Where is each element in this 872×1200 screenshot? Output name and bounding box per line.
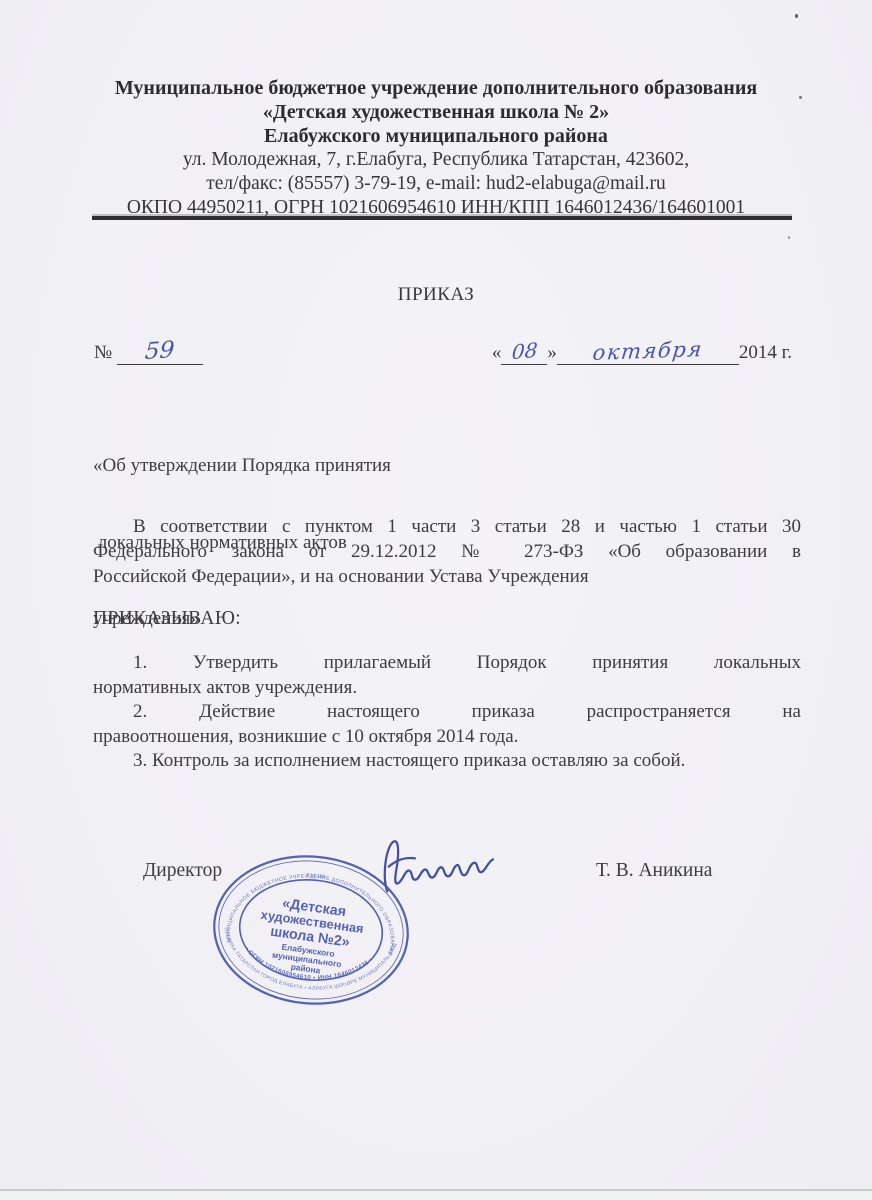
date-month-handwritten: октября [592, 342, 704, 360]
letterhead-org-name-line1: Муниципальное бюджетное учреждение допол… [0, 76, 872, 100]
order-number-group: № 59 [94, 342, 203, 365]
order-item-2: 2. Действие настоящего приказа распростр… [93, 700, 801, 749]
letterhead-contacts: тел/факс: (85557) 3-79-19, e-mail: hud2-… [0, 172, 872, 196]
letterhead-org-name-line2: «Детская художественная школа № 2» [0, 100, 872, 124]
order-item-line: нормативных актов учреждения. [93, 676, 801, 701]
order-item-line: 1. Утвердить прилагаемый Порядок приняти… [93, 651, 801, 676]
order-item-1: 1. Утвердить прилагаемый Порядок приняти… [93, 651, 801, 700]
preamble-line: Российской Федерации», и на основании Ус… [93, 564, 801, 589]
preamble-line: В соответствии с пунктом 1 части 3 стать… [93, 514, 801, 539]
order-item-line: правоотношения, возникшие с 10 октября 2… [93, 725, 801, 750]
order-item-line: 3. Контроль за исполнением настоящего пр… [93, 749, 801, 774]
scan-speck [795, 14, 798, 18]
order-preamble: В соответствии с пунктом 1 части 3 стать… [93, 514, 801, 589]
order-item-3: 3. Контроль за исполнением настоящего пр… [93, 749, 801, 774]
number-date-row: № 59 «08»октября2014 г. [94, 342, 792, 365]
order-number-label: № [94, 342, 112, 363]
order-date-group: «08»октября2014 г. [492, 342, 792, 365]
letterhead-divider-rule [92, 216, 792, 220]
letterhead: Муниципальное бюджетное учреждение допол… [0, 76, 872, 220]
date-day-handwritten: 08 [511, 343, 538, 360]
letterhead-org-name-line3: Елабужского муниципального района [0, 124, 872, 148]
order-items: 1. Утвердить прилагаемый Порядок приняти… [93, 651, 801, 774]
signee-name: Т. В. Аникина [596, 860, 712, 882]
date-year: 2014 г. [739, 342, 792, 363]
position-title: Директор [143, 860, 222, 882]
order-number-handwritten: 59 [145, 342, 176, 360]
date-day-blank: 08 [501, 342, 547, 365]
order-number-blank: 59 [117, 342, 203, 365]
date-open-quote: « [492, 342, 502, 363]
letterhead-address: ул. Молодежная, 7, г.Елабуга, Республика… [0, 148, 872, 172]
scan-speck [799, 96, 802, 99]
scanned-order-page: Муниципальное бюджетное учреждение допол… [0, 0, 872, 1200]
command-word: ПРИКАЗЫВАЮ: [93, 608, 241, 630]
subject-line: «Об утверждении Порядка принятия [93, 453, 553, 479]
preamble-line: Федерального закона от 29.12.2012 № 273-… [93, 539, 801, 564]
doc-type-title: ПРИКАЗ [0, 284, 872, 306]
date-close-quote: » [547, 342, 557, 363]
date-month-blank: октября [557, 342, 739, 365]
scanner-background-strip [0, 1191, 872, 1200]
official-stamp: МУНИЦИПАЛЬНОЕ БЮДЖЕТНОЕ УЧРЕЖДЕНИЕ ДОПОЛ… [203, 842, 420, 1017]
order-item-line: 2. Действие настоящего приказа распростр… [93, 700, 801, 725]
scan-speck [788, 236, 790, 239]
